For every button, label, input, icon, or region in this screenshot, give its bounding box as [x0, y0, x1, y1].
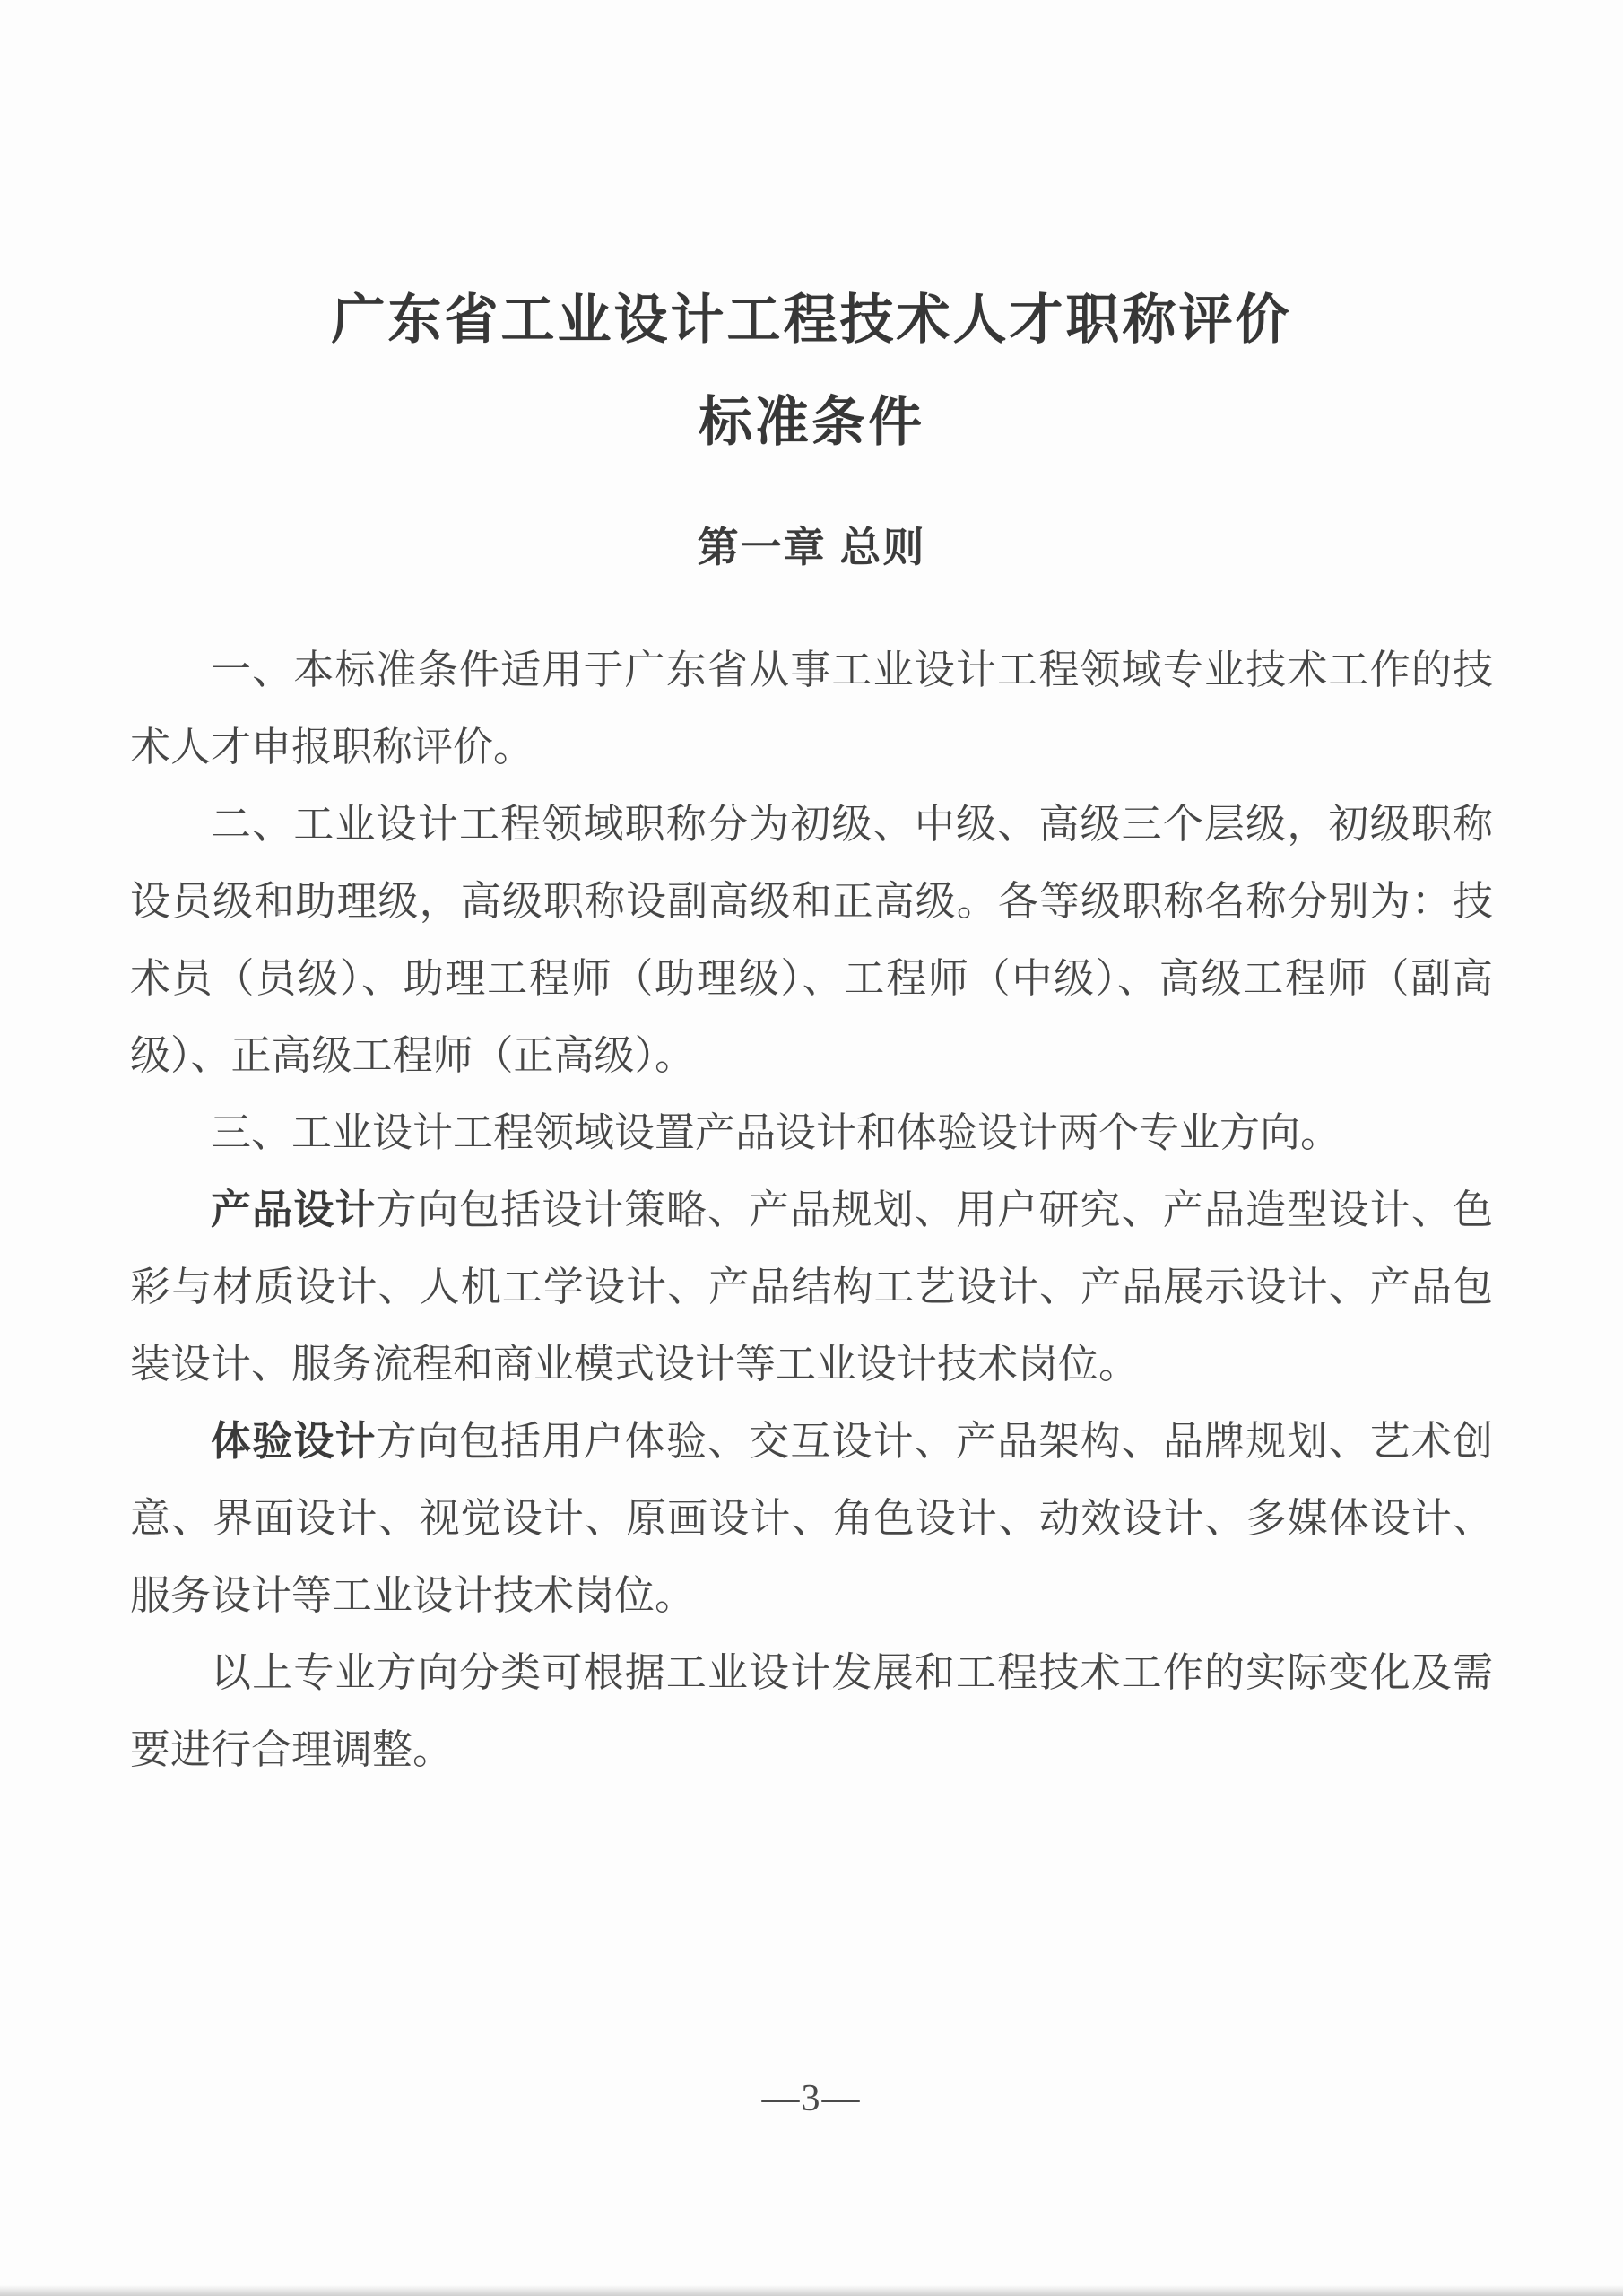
scanned-document-page: 广东省工业设计工程技术人才职称评价 标准条件 第一章 总则 一、本标准条件适用于…	[0, 0, 1623, 2296]
document-title-line1: 广东省工业设计工程技术人才职称评价	[130, 269, 1493, 371]
paragraph-lead: 体验设计	[211, 1418, 377, 1464]
paragraph-text: 三、工业设计工程领域设置产品设计和体验设计两个专业方向。	[211, 1110, 1341, 1155]
body-paragraph: 以上专业方向分类可根据工业设计发展和工程技术工作的实际变化及需要进行合理调整。	[130, 1634, 1493, 1788]
body-paragraph: 一、本标准条件适用于广东省从事工业设计工程领域专业技术工作的技术人才申报职称评价…	[130, 631, 1493, 786]
body-paragraph: 三、工业设计工程领域设置产品设计和体验设计两个专业方向。	[130, 1094, 1493, 1171]
paragraph-text: 二、工业设计工程领域职称分为初级、中级、高级三个层级，初级职称设员级和助理级，高…	[130, 802, 1493, 1078]
document-title: 广东省工业设计工程技术人才职称评价 标准条件	[130, 269, 1493, 474]
scan-edge-bottom	[0, 2285, 1623, 2296]
document-body: 一、本标准条件适用于广东省从事工业设计工程领域专业技术工作的技术人才申报职称评价…	[130, 631, 1493, 1788]
body-paragraph: 二、工业设计工程领域职称分为初级、中级、高级三个层级，初级职称设员级和助理级，高…	[130, 786, 1493, 1094]
paragraph-text: 一、本标准条件适用于广东省从事工业设计工程领域专业技术工作的技术人才申报职称评价…	[130, 648, 1493, 770]
scan-speckle	[276, 908, 281, 916]
body-paragraph: 产品设计方向包括设计策略、产品规划、用户研究、产品造型设计、色彩与材质设计、人机…	[130, 1171, 1493, 1403]
page-number: —3—	[0, 2077, 1623, 2120]
document-title-line2: 标准条件	[130, 371, 1493, 474]
page-content: 广东省工业设计工程技术人才职称评价 标准条件 第一章 总则 一、本标准条件适用于…	[130, 0, 1493, 1788]
chapter-heading: 第一章 总则	[130, 520, 1493, 574]
paragraph-lead: 产品设计	[211, 1187, 377, 1232]
body-paragraph: 体验设计方向包括用户体验、交互设计、产品架构、品牌规划、艺术创意、界面设计、视觉…	[130, 1403, 1493, 1634]
paragraph-text: 以上专业方向分类可根据工业设计发展和工程技术工作的实际变化及需要进行合理调整。	[130, 1650, 1493, 1772]
